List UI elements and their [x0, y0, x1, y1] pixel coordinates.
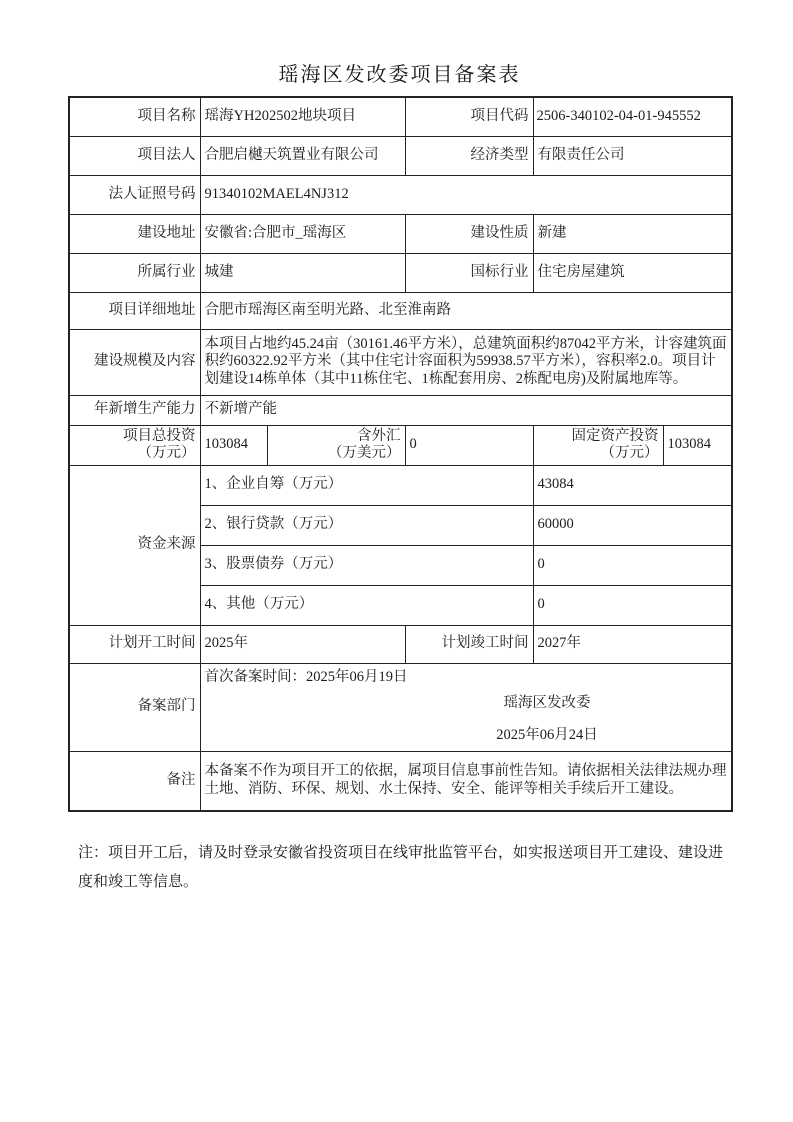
project-code-value: 2506-340102-04-01-945552	[533, 97, 732, 136]
fixed-investment-label: 固定资产投资 （万元）	[533, 425, 663, 465]
legal-person-value: 合肥启樾天筑置业有限公司	[200, 136, 405, 175]
foreign-exchange-label: 含外汇 （万美元）	[267, 425, 405, 465]
filing-sign-block: 瑶海区发改委 2025年06月24日	[437, 695, 657, 745]
plan-start-label: 计划开工时间	[69, 625, 200, 663]
row-legal-person: 项目法人 合肥启樾天筑置业有限公司 经济类型 有限责任公司	[69, 136, 732, 175]
row-investment: 项目总投资 （万元） 103084 含外汇 （万美元） 0 固定资产投资 （万元…	[69, 425, 732, 465]
remark-label: 备注	[69, 751, 200, 811]
row-project-name: 项目名称 瑶海YH202502地块项目 项目代码 2506-340102-04-…	[69, 97, 732, 136]
project-name-label: 项目名称	[69, 97, 200, 136]
funding-item-4-value: 0	[533, 585, 732, 625]
new-capacity-label: 年新增生产能力	[69, 395, 200, 425]
build-nature-label: 建设性质	[405, 214, 533, 253]
row-build-address: 建设地址 安徽省:合肥市_瑶海区 建设性质 新建	[69, 214, 732, 253]
build-address-label: 建设地址	[69, 214, 200, 253]
scale-content-value: 本项目占地约45.24亩（30161.46平方米），总建筑面积约87042平方米…	[200, 329, 732, 395]
national-industry-value: 住宅房屋建筑	[533, 253, 732, 292]
economic-type-value: 有限责任公司	[533, 136, 732, 175]
funding-item-1-label: 1、企业自筹（万元）	[200, 465, 533, 505]
project-code-label: 项目代码	[405, 97, 533, 136]
total-investment-value: 103084	[200, 425, 267, 465]
funding-item-2-value: 60000	[533, 505, 732, 545]
row-new-capacity: 年新增生产能力 不新增产能	[69, 395, 732, 425]
footer-note: 注：项目开工后，请及时登录安徽省投资项目在线审批监管平台，如实报送项目开工建设、…	[78, 839, 732, 897]
license-no-value: 91340102MAEL4NJ312	[200, 175, 732, 214]
scale-content-label: 建设规模及内容	[69, 329, 200, 395]
industry-value: 城建	[200, 253, 405, 292]
plan-finish-value: 2027年	[533, 625, 732, 663]
plan-finish-label: 计划竣工时间	[405, 625, 533, 663]
funding-item-3-label: 3、股票债券（万元）	[200, 545, 533, 585]
fixed-investment-value: 103084	[663, 425, 732, 465]
license-no-label: 法人证照号码	[69, 175, 200, 214]
detail-address-label: 项目详细地址	[69, 292, 200, 329]
detail-address-value: 合肥市瑶海区南至明光路、北至淮南路	[200, 292, 732, 329]
funding-item-3-value: 0	[533, 545, 732, 585]
row-funding-1: 资金来源 1、企业自筹（万元） 43084	[69, 465, 732, 505]
filing-dept-cell: 首次备案时间：2025年06月19日 瑶海区发改委 2025年06月24日	[200, 663, 732, 751]
row-scale-content: 建设规模及内容 本项目占地约45.24亩（30161.46平方米），总建筑面积约…	[69, 329, 732, 395]
plan-start-value: 2025年	[200, 625, 405, 663]
funding-item-1-value: 43084	[533, 465, 732, 505]
remark-value: 本备案不作为项目开工的依据，属项目信息事前性告知。请依据相关法律法规办理土地、消…	[200, 751, 732, 811]
row-plan-dates: 计划开工时间 2025年 计划竣工时间 2027年	[69, 625, 732, 663]
total-investment-label: 项目总投资 （万元）	[69, 425, 200, 465]
document-title: 瑶海区发改委项目备案表	[68, 58, 731, 87]
industry-label: 所属行业	[69, 253, 200, 292]
new-capacity-value: 不新增产能	[200, 395, 732, 425]
row-filing-dept: 备案部门 首次备案时间：2025年06月19日 瑶海区发改委 2025年06月2…	[69, 663, 732, 751]
filing-form-table: 项目名称 瑶海YH202502地块项目 项目代码 2506-340102-04-…	[68, 96, 733, 812]
economic-type-label: 经济类型	[405, 136, 533, 175]
row-license-no: 法人证照号码 91340102MAEL4NJ312	[69, 175, 732, 214]
funding-source-label: 资金来源	[69, 465, 200, 625]
project-name-value: 瑶海YH202502地块项目	[200, 97, 405, 136]
national-industry-label: 国标行业	[405, 253, 533, 292]
page: { "page": { "title": "瑶海区发改委项目备案表", "foo…	[0, 0, 793, 1122]
first-filing-time: 首次备案时间：2025年06月19日	[205, 669, 728, 686]
row-remark: 备注 本备案不作为项目开工的依据，属项目信息事前性告知。请依据相关法律法规办理土…	[69, 751, 732, 811]
row-detail-address: 项目详细地址 合肥市瑶海区南至明光路、北至淮南路	[69, 292, 732, 329]
filing-date: 2025年06月24日	[437, 727, 657, 744]
filing-department: 瑶海区发改委	[437, 695, 657, 712]
funding-item-2-label: 2、银行贷款（万元）	[200, 505, 533, 545]
build-nature-value: 新建	[533, 214, 732, 253]
funding-item-4-label: 4、其他（万元）	[200, 585, 533, 625]
foreign-exchange-value: 0	[405, 425, 533, 465]
filing-dept-label: 备案部门	[69, 663, 200, 751]
row-industry: 所属行业 城建 国标行业 住宅房屋建筑	[69, 253, 732, 292]
build-address-value: 安徽省:合肥市_瑶海区	[200, 214, 405, 253]
legal-person-label: 项目法人	[69, 136, 200, 175]
